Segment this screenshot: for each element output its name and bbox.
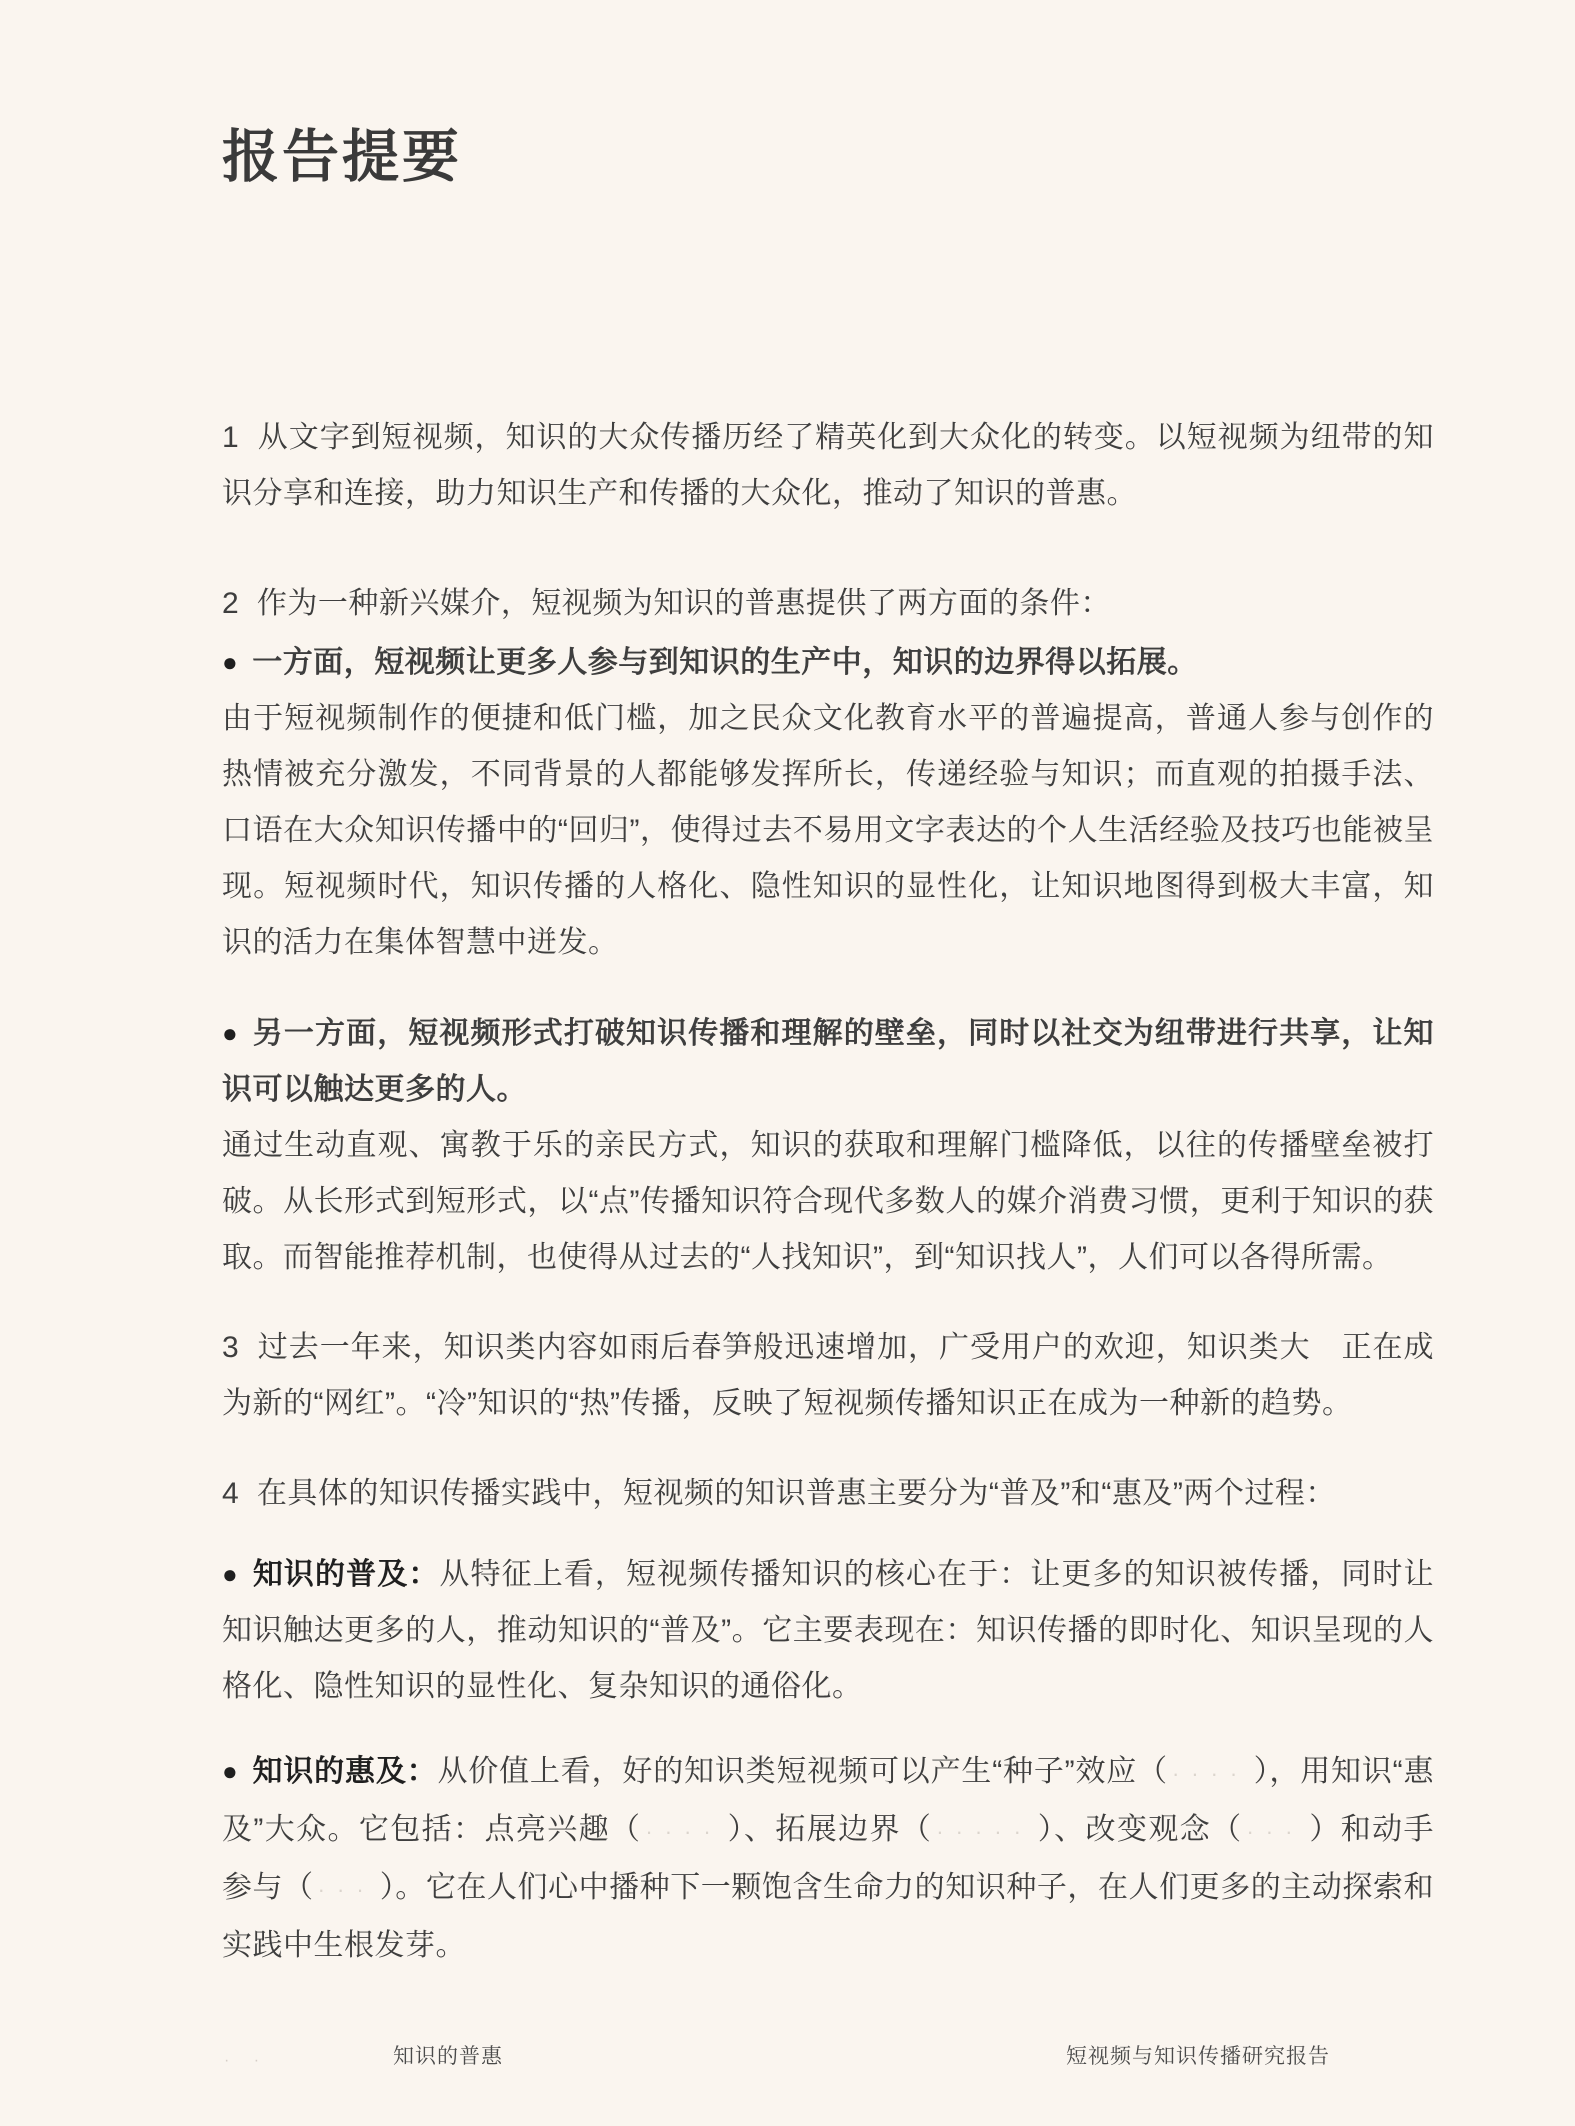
bullet-knowledge-huiji: ●知识的惠及：从价值上看，好的知识类短视频可以产生“种子”效应（····），用知… [222, 1743, 1434, 1974]
bullet-aspect-1-heading: ●一方面，短视频让更多人参与到知识的生产中，知识的边界得以拓展。 [222, 634, 1434, 691]
paragraph-1: 1 从文字到短视频，知识的大众传播历经了精英化到大众化的转变。以短视频为纽带的知… [222, 410, 1434, 522]
knowledge-huiji-seg: ）、拓展边界（ [727, 1813, 933, 1846]
bullet-dot-icon: ● [222, 1743, 238, 1799]
knowledge-huiji-seg: 从价值上看，好的知识类短视频可以产生“种子”效应（ [437, 1755, 1167, 1788]
bullet-aspect-2-heading-text: 另一方面，短视频形式打破知识传播和理解的壁垒，同时以社交为纽带进行共享，让知识可… [222, 1017, 1434, 1106]
paragraph-3: 3 过去一年来，知识类内容如雨后春笋般迅速增加，广受用户的欢迎，知识类大 正在成… [222, 1320, 1434, 1432]
knowledge-puji-label: 知识的普及： [252, 1558, 439, 1591]
report-page: 报告提要 1 从文字到短视频，知识的大众传播历经了精英化到大众化的转变。以短视频… [0, 0, 1575, 2126]
bullet-knowledge-puji: ●知识的普及：从特征上看，短视频传播知识的核心在于：让更多的知识被传播，同时让知… [222, 1546, 1434, 1715]
faint-placeholder-dots: ···· [641, 1819, 726, 1844]
faint-placeholder-dots: ···· [1168, 1761, 1253, 1786]
bullet-aspect-1-heading-text: 一方面，短视频让更多人参与到知识的生产中，知识的边界得以拓展。 [252, 646, 1198, 679]
knowledge-huiji-seg: ）。它在人们心中播种下一颗饱含生命力的知识种子，在人们更多的主动探索和实践中生根… [222, 1871, 1434, 1962]
page-title: 报告提要 [222, 122, 1434, 192]
bullet-aspect-2-heading: ●另一方面，短视频形式打破知识传播和理解的壁垒，同时以社交为纽带进行共享，让知识… [222, 1005, 1434, 1118]
faint-placeholder-dots: ····· [932, 1819, 1037, 1844]
knowledge-huiji-label: 知识的惠及： [252, 1755, 437, 1788]
footer-left-label: 知识的普惠 [393, 2040, 503, 2070]
faint-placeholder-dots: ··· [314, 1877, 380, 1902]
page-number-faint: · · [224, 2052, 269, 2070]
bullet-aspect-2-body: 通过生动直观、寓教于乐的亲民方式，知识的获取和理解门槛降低，以往的传播壁垒被打破… [222, 1118, 1434, 1286]
faint-placeholder-dots: ··· [1242, 1819, 1308, 1844]
bullet-dot-icon: ● [222, 1546, 238, 1602]
bullet-aspect-1-body: 由于短视频制作的便捷和低门槛，加之民众文化教育水平的普遍提高，普通人参与创作的热… [222, 691, 1434, 971]
page-content: 报告提要 1 从文字到短视频，知识的大众传播历经了精英化到大众化的转变。以短视频… [222, 0, 1434, 1974]
footer-right-label: 短视频与知识传播研究报告 [1066, 2040, 1330, 2070]
bullet-dot-icon: ● [222, 1005, 238, 1061]
paragraph-4-intro: 4 在具体的知识传播实践中，短视频的知识普惠主要分为“普及”和“惠及”两个过程： [222, 1466, 1434, 1522]
knowledge-huiji-seg: ）、改变观念（ [1037, 1813, 1243, 1846]
paragraph-2-intro: 2 作为一种新兴媒介，短视频为知识的普惠提供了两方面的条件： [222, 576, 1434, 632]
bullet-dot-icon: ● [222, 634, 238, 690]
